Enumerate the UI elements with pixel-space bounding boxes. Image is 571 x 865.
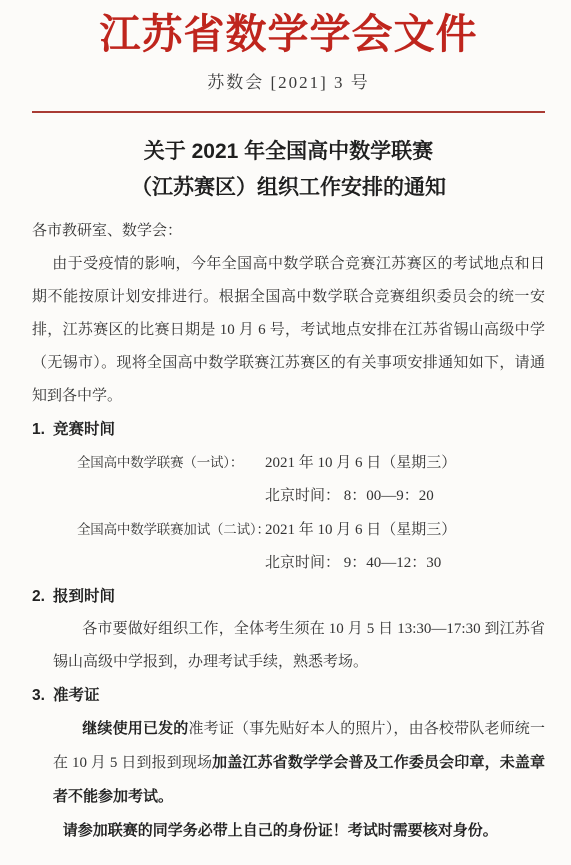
document-title: 关于 2021 年全国高中数学联赛 （江苏赛区）组织工作安排的通知	[32, 134, 545, 206]
schedule-date-round2: 2021 年 10 月 6 日（星期三）	[265, 514, 456, 547]
section-2-heading: 2. 报到时间	[32, 580, 545, 613]
section-3-number: 3.	[32, 679, 53, 712]
document-title-line1: 关于 2021 年全国高中数学联赛	[32, 134, 545, 170]
salutation: 各市教研室、数学会：	[32, 215, 545, 248]
section-1-number: 1.	[32, 413, 53, 446]
schedule-date-round1: 2021 年 10 月 6 日（星期三）	[265, 447, 456, 480]
schedule-row: 全国高中数学联赛（一试）： 2021 年 10 月 6 日（星期三）	[77, 446, 545, 480]
section-3-heading: 3. 准考证	[32, 679, 545, 712]
section-3-title: 准考证	[53, 679, 100, 712]
section-2-number: 2.	[32, 580, 53, 613]
letterhead-org-title: 江苏省数学学会文件	[32, 10, 545, 58]
schedule-label-round2: 全国高中数学联赛加试（二试）：	[77, 513, 265, 546]
schedule-row: 北京时间： 9：40—12：30	[77, 547, 545, 580]
section-2-title: 报到时间	[53, 580, 115, 613]
admission-paragraph: 继续使用已发的准考证（事先贴好本人的照片），由各校带队老师统一在 10 月 5 …	[53, 712, 545, 814]
schedule-row: 全国高中数学联赛加试（二试）： 2021 年 10 月 6 日（星期三）	[77, 513, 545, 547]
section-2-body: 各市要做好组织工作，全体考生须在 10 月 5 日 13:30—17:30 到江…	[53, 613, 545, 679]
red-divider-rule	[32, 111, 545, 113]
schedule-table: 全国高中数学联赛（一试）： 2021 年 10 月 6 日（星期三） 北京时间：…	[77, 446, 545, 580]
section-admission-ticket: 3. 准考证 继续使用已发的准考证（事先贴好本人的照片），由各校带队老师统一在 …	[32, 679, 545, 847]
section-1-heading: 1. 竞赛时间	[32, 413, 545, 446]
document-number: 苏数会 [2021] 3 号	[32, 71, 545, 95]
schedule-label-round1: 全国高中数学联赛（一试）：	[77, 446, 265, 479]
checkin-paragraph: 各市要做好组织工作，全体考生须在 10 月 5 日 13:30—17:30 到江…	[53, 613, 545, 679]
id-card-notice: 请参加联赛的同学务必带上自己的身份证！考试时需要核对身份。	[53, 814, 545, 847]
schedule-time-round2: 北京时间： 9：40—12：30	[265, 547, 441, 580]
section-checkin-time: 2. 报到时间 各市要做好组织工作，全体考生须在 10 月 5 日 13:30—…	[32, 580, 545, 679]
intro-paragraph: 由于受疫情的影响，今年全国高中数学联合竞赛江苏赛区的考试地点和日期不能按原计划安…	[32, 248, 545, 413]
schedule-row: 北京时间： 8：00—9：20	[77, 480, 545, 513]
section-competition-time: 1. 竞赛时间 全国高中数学联赛（一试）： 2021 年 10 月 6 日（星期…	[32, 413, 545, 580]
section-1-title: 竞赛时间	[53, 413, 115, 446]
document-title-line2: （江苏赛区）组织工作安排的通知	[32, 170, 545, 206]
section-3-body: 继续使用已发的准考证（事先贴好本人的照片），由各校带队老师统一在 10 月 5 …	[53, 712, 545, 814]
schedule-time-round1: 北京时间： 8：00—9：20	[265, 480, 434, 513]
document-page: 江苏省数学学会文件 苏数会 [2021] 3 号 关于 2021 年全国高中数学…	[0, 0, 571, 865]
admission-segment-bold-1: 继续使用已发的	[82, 720, 188, 737]
